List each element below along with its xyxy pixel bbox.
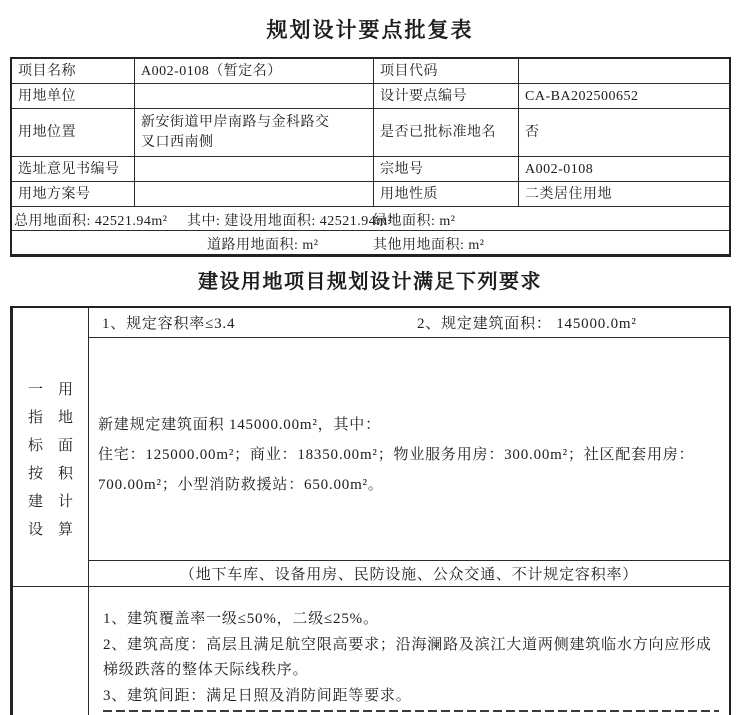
field-value-project-code [519,59,729,83]
green-land-area: 绿地面积: m² [373,210,455,230]
dashed-separator [103,710,719,712]
land-area-row: 总用地面积: 42521.94m² 其中: 建设用地面积: 42521.94m²… [12,207,729,231]
field-value-parcel-number: A002-0108 [519,157,729,181]
field-label-design-key-number: 设计要点编号 [374,84,519,108]
road-land-area: 道路用地面积: m² [207,234,318,254]
section-title: 建设用地项目规划设计满足下列要求 [0,257,740,306]
side-label-chars: 指 地 [28,404,73,432]
breakdown-intro: 新建规定建筑面积 145000.00m²，其中： [98,410,719,440]
side-label-chars: 建 计 [28,488,73,516]
height-requirement: 2、建筑高度：高层且满足航空限高要求；沿海澜路及滨江大道两侧建筑临水方向应形成梯… [103,633,721,684]
field-label-parcel-number: 宗地号 [374,157,519,181]
field-label-land-use-type: 用地性质 [374,182,519,206]
table-row: 项目名称 A002-0108（暂定名） 项目代码 [12,59,729,84]
document-title: 规划设计要点批复表 [0,0,740,44]
construction-land-area: 其中: 建设用地面积: 42521.94m² [187,210,392,230]
field-label-project-code: 项目代码 [374,59,519,83]
field-value-land-use-type: 二类居住用地 [519,182,729,206]
field-value-site-opinion-number [135,157,374,181]
project-info-table: 项目名称 A002-0108（暂定名） 项目代码 用地单位 设计要点编号 CA-… [10,57,731,257]
scanned-form-document: { "titles": { "main": "规划设计要点批复表", "sect… [0,0,740,715]
indicators-content-cell: 1、规定容积率≤3.4 2、规定建筑面积： 145000.0m² 新建规定建筑面… [89,308,729,587]
total-land-area: 总用地面积: 42521.94m² [14,210,167,230]
side-label-indicators-vertical: 一 用 指 地 标 面 按 积 建 计 设 算 [13,308,89,587]
field-label-standard-name-approved: 是否已批标准地名 [374,109,519,156]
breakdown-detail: 住宅：125000.00m²；商业：18350.00m²；物业服务用房：300.… [98,440,719,500]
building-requirements-cell: 1、建筑覆盖率一级≤50%，二级≤25%。 2、建筑高度：高层且满足航空限高要求… [89,587,729,715]
field-value-standard-name-approved: 否 [519,109,729,156]
field-value-land-location: 新安街道甲岸南路与金科路交叉口西南侧 [135,109,374,156]
field-label-project-name: 项目名称 [12,59,135,83]
side-label-chars: 一 用 [28,376,73,404]
spacing-requirement: 3、建筑间距：满足日照及消防间距等要求。 [103,684,721,710]
field-label-land-plan-number: 用地方案号 [12,182,135,206]
field-label-site-opinion-number: 选址意见书编号 [12,157,135,181]
table-row: 用地方案号 用地性质 二类居住用地 [12,182,729,207]
field-value-land-plan-number [135,182,374,206]
requirements-table: 一 用 指 地 标 面 按 积 建 计 设 算 1、规定容积率≤3.4 2、规定… [10,306,731,715]
side-label-chars: 按 积 [28,460,73,488]
building-area-breakdown-cell: 新建规定建筑面积 145000.00m²，其中： 住宅：125000.00m²；… [89,338,729,560]
excluded-items-note: （地下车库、设备用房、民防设施、公众交通、不计规定容积率） [89,560,729,586]
field-label-land-unit: 用地单位 [12,84,135,108]
table-row: 用地位置 新安街道甲岸南路与金科路交叉口西南侧 是否已批标准地名 否 [12,109,729,157]
building-area-requirement: 2、规定建筑面积： 145000.0m² [417,312,637,333]
side-label-chars: 标 面 [28,432,73,460]
field-value-land-unit [135,84,374,108]
plot-ratio-requirement: 1、规定容积率≤3.4 [89,312,417,333]
plot-ratio-row: 1、规定容积率≤3.4 2、规定建筑面积： 145000.0m² [89,308,729,338]
side-label-chars: 设 算 [28,516,73,544]
other-land-area: 其他用地面积: m² [373,234,484,254]
table-row: 用地单位 设计要点编号 CA-BA202500652 [12,84,729,109]
side-cell-empty [13,587,89,715]
coverage-requirement: 1、建筑覆盖率一级≤50%，二级≤25%。 [103,607,721,633]
table-row: 选址意见书编号 宗地号 A002-0108 [12,157,729,182]
land-area-row: 道路用地面积: m² 其他用地面积: m² [12,231,729,254]
field-value-project-name: A002-0108（暂定名） [135,59,374,83]
field-value-design-key-number: CA-BA202500652 [519,84,729,108]
field-label-land-location: 用地位置 [12,109,135,156]
